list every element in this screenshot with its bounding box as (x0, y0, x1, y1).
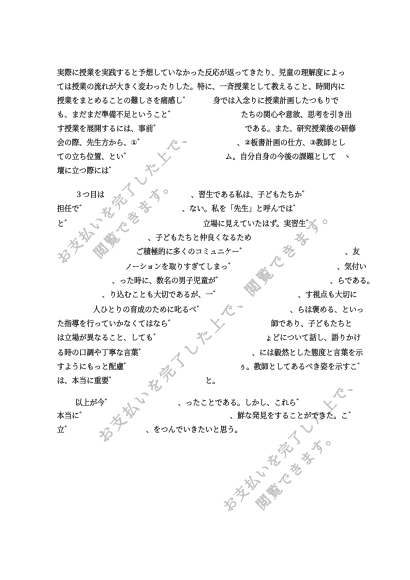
text-fragment: 、鮮な発見をすることができた。こ゛ (230, 411, 356, 420)
text-fragment: たちの関心や意欲、思考を引き出 (241, 110, 352, 119)
text-fragment: ょどについて話し、語りかけ (265, 333, 361, 342)
text-fragment: 、ったことである。しかし、これら゛ (178, 398, 304, 407)
text-fragment: す授業を展開するには、事前゛ (57, 124, 160, 133)
text-fragment: 師であり、子どもたちと (271, 319, 352, 328)
text-fragment: 、ない。私を「先生」と呼んでは゛ (182, 204, 300, 213)
text-fragment: ぅ。教師としてあるべき姿を示すこ゛ (239, 362, 365, 371)
text-fragment: 人ひとりの育成のために叱るべ゛ (93, 305, 204, 314)
text-fragment: 実際に授業を実践すると予想していなかった反応が返ってきたり、児童の理解度によっ (57, 68, 345, 77)
text-fragment: 授業をまとめることの難しさを痛感し゛ (57, 96, 190, 105)
text-fragment: 立゛ (57, 425, 72, 434)
text-fragment: 、②板書計画の仕方、③教師とし (237, 138, 346, 147)
text-fragment: 担任で゛ (57, 204, 87, 213)
text-fragment: は、本当に重要゛ (57, 376, 116, 385)
text-fragment: 壇に立つ際には゛ (57, 166, 116, 175)
text-fragment: 本当に゛ (57, 411, 87, 420)
text-fragment: 、友 (345, 247, 360, 256)
text-fragment: と゛ (57, 219, 72, 228)
text-fragment: た指導を行っていかなくてはなら゛ (57, 319, 175, 328)
text-fragment: 会の際、先生方から、①゛ (57, 138, 145, 147)
text-fragment: 、をつんでいきたいと思う。 (146, 425, 242, 434)
text-fragment: 、には毅然とした態度と言葉を示 (252, 348, 363, 357)
text-fragment: ム。自分自身の今後の課題として ヽ (225, 152, 351, 161)
text-fragment: 、らである。 (330, 276, 374, 285)
text-fragment: 、り込むことも大切であるが、一゛ (102, 290, 220, 299)
text-fragment: ３つ目は (75, 190, 105, 199)
text-fragment: である。また、研究授業後の研修 (245, 124, 356, 133)
text-fragment: 以上が今゛ (75, 398, 112, 407)
text-fragment: 身では入念りに授業計画したつもりで (213, 96, 339, 105)
document-page: お支払いを完了した上で、閲覧できます。お支払いを完了した上で、閲覧できます。お支… (0, 0, 410, 580)
text-fragment: ては授業の流れが大きく変わったりした。特に、一斉授業として教えること、時間内に (57, 82, 345, 91)
text-fragment: ノーションを取りすぎてしまっ゛ (125, 262, 235, 271)
text-fragment: 立場に見えていたはず。実習生゛ (203, 219, 313, 228)
text-fragment: すようにもっと配慮゛ (57, 362, 131, 371)
text-fragment: 、気付い (337, 262, 367, 271)
text-fragment: は立場が異なること、しても゛ (57, 333, 160, 342)
text-fragment: ての立ち位置、とい゛ (57, 152, 131, 161)
text-fragment: 、った時に、数名の男子児童が゛ (112, 276, 223, 285)
watermark-text: お支払いを完了した上で、 (221, 374, 362, 515)
text-fragment: 、子どもたちと仲良くなるため (148, 233, 251, 242)
text-fragment: 、す視点も大切に (298, 290, 357, 299)
text-fragment: ご積極的に多くのコミュニケー゛ (136, 247, 247, 256)
text-fragment: る時の口調や丁寧な言葉゛ (57, 348, 146, 357)
text-fragment: も、まだまだ準備不足ということ゛ (57, 110, 175, 119)
text-fragment: と。 (205, 376, 220, 385)
text-fragment: 、習生である私は、子どもたちか゛ (191, 190, 309, 199)
text-fragment: 、らは褒める、といっ (290, 305, 364, 314)
